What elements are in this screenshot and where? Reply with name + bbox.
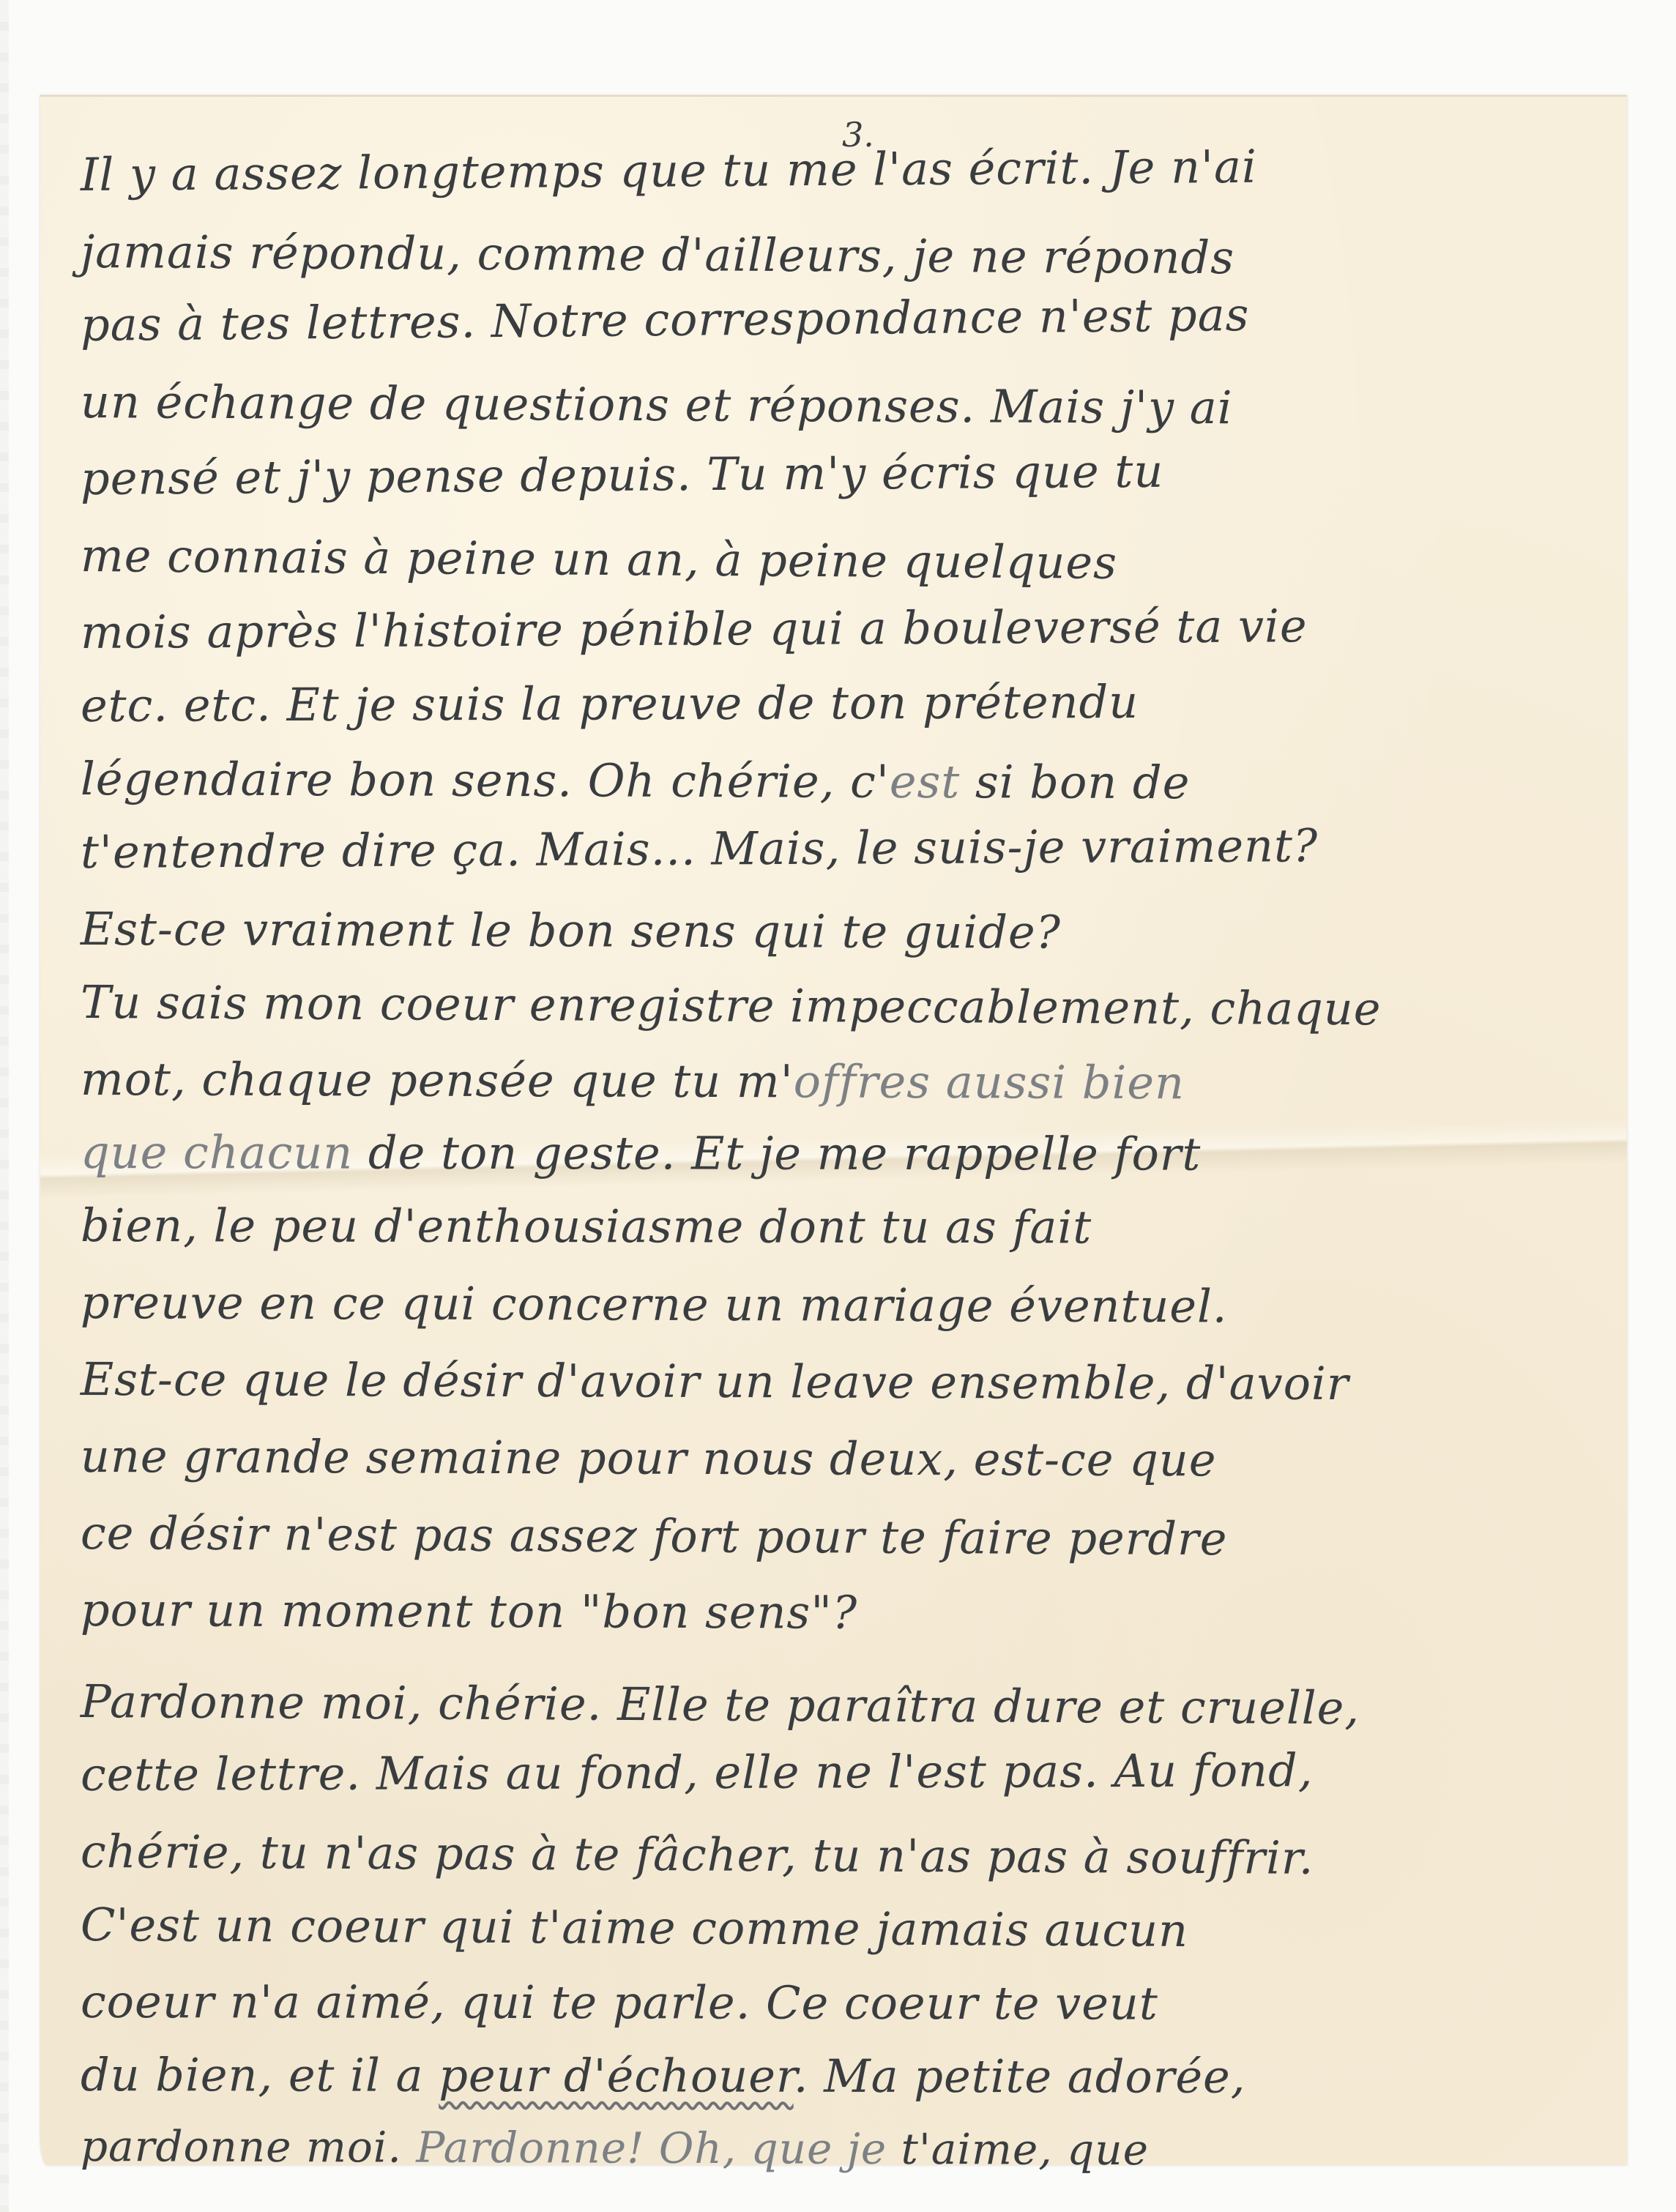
letter-lower-block <box>40 95 1627 2164</box>
scanner-edge <box>0 0 9 2212</box>
